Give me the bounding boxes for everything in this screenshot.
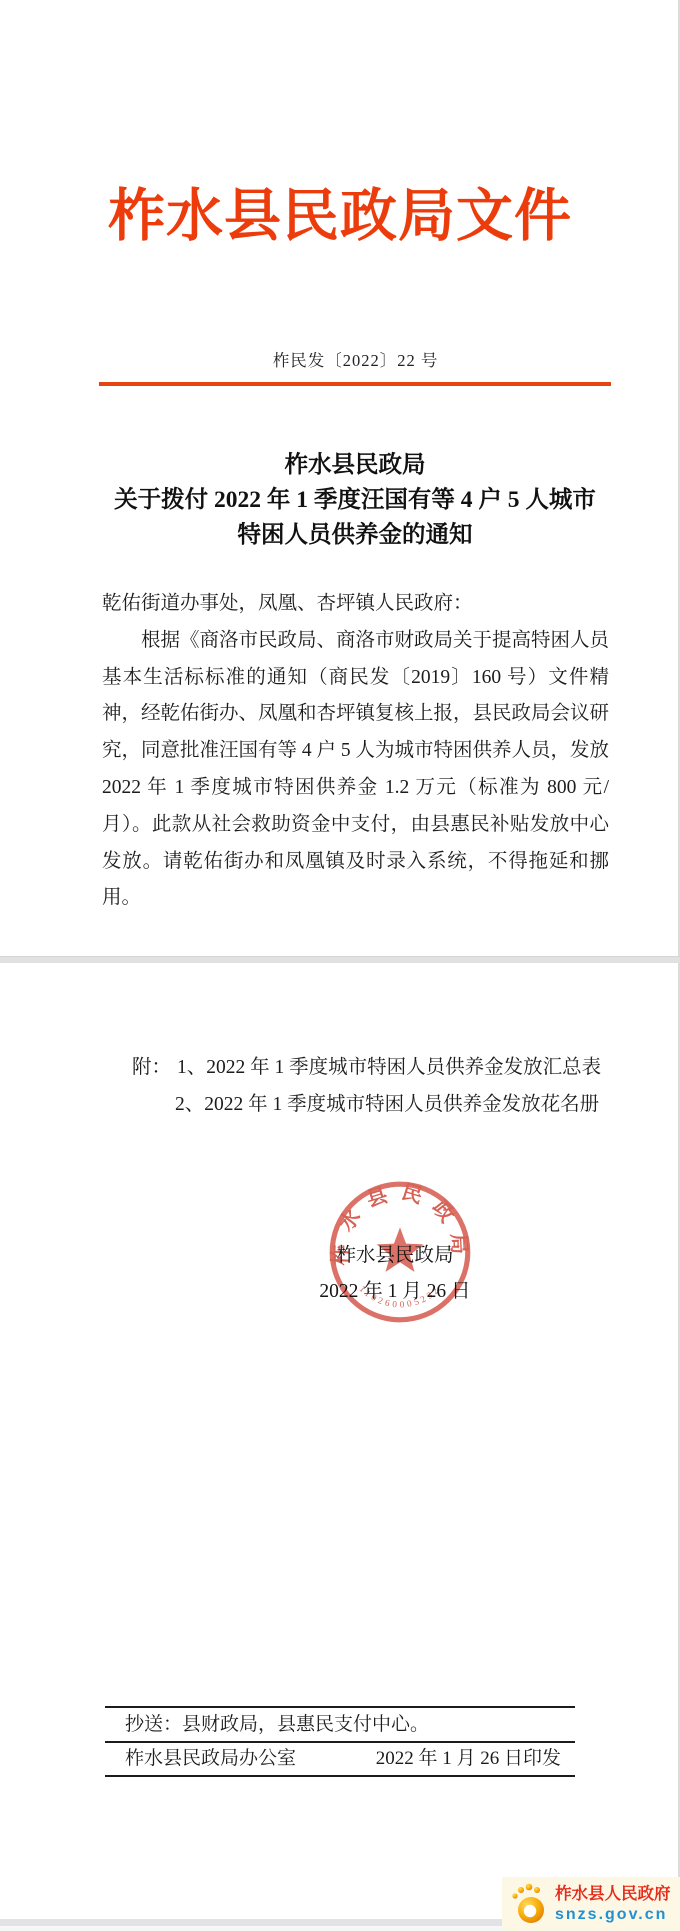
gov-badge-name: 柞水县人民政府 (555, 1883, 671, 1904)
gov-badge-text: 柞水县人民政府 snzs.gov.cn (555, 1883, 671, 1925)
document-title-line2: 关于拨付 2022 年 1 季度汪国有等 4 户 5 人城市 (60, 483, 650, 518)
red-letterhead-title: 柞水县民政局文件 (0, 183, 680, 251)
footprint-logo-icon (510, 1882, 548, 1926)
issuing-office-row: 柞水县民政局办公室 2022 年 1 月 26 日印发 (105, 1743, 575, 1775)
salutation-line: 乾佑街道办事处，凤凰、杏坪镇人民政府： (102, 586, 609, 623)
gov-site-watermark: 柞水县人民政府 snzs.gov.cn (502, 1877, 680, 1931)
red-divider-rule (99, 382, 611, 386)
attachment-item-1: 1、2022 年 1 季度城市特困人员供养金发放汇总表 (177, 1057, 601, 1078)
signature-date: 2022 年 1 月 26 日 (280, 1274, 510, 1310)
doc-number: 柞民发〔2022〕22 号 (102, 347, 609, 371)
attachment-row: 附：1、2022 年 1 季度城市特困人员供养金发放汇总表 (132, 1050, 612, 1087)
attachment-item-2: 2、2022 年 1 季度城市特困人员供养金发放花名册 (175, 1094, 599, 1115)
document-body: 乾佑街道办事处，凤凰、杏坪镇人民政府： 根据《商洛市民政局、商洛市财政局关于提高… (102, 586, 609, 917)
attachments-label: 附： (132, 1057, 171, 1078)
document-title: 柞水县民政局 关于拨付 2022 年 1 季度汪国有等 4 户 5 人城市 特困… (60, 448, 650, 553)
document-title-line1: 柞水县民政局 (60, 448, 650, 483)
pdf-page-separator (0, 956, 680, 963)
gov-badge-url: snzs.gov.cn (555, 1904, 671, 1925)
body-paragraph: 根据《商洛市民政局、商洛市财政局关于提高特困人员基本生活标标准的通知（商民发〔2… (102, 623, 609, 917)
print-date: 2022 年 1 月 26 日印发 (376, 1743, 561, 1775)
document-footer-box: 抄送：县财政局，县惠民支付中心。 柞水县民政局办公室 2022 年 1 月 26… (105, 1706, 575, 1777)
attachment-row: 2、2022 年 1 季度城市特困人员供养金发放花名册 (132, 1087, 612, 1124)
document-title-line3: 特困人员供养金的通知 (60, 518, 650, 553)
cc-line: 抄送：县财政局，县惠民支付中心。 (105, 1708, 575, 1743)
document-page: 柞水县民政局文件 柞民发〔2022〕22 号 柞水县民政局 关于拨付 2022 … (0, 0, 680, 1931)
issuing-office: 柞水县民政局办公室 (125, 1743, 296, 1775)
attachments-block: 附：1、2022 年 1 季度城市特困人员供养金发放汇总表 2、2022 年 1… (132, 1050, 612, 1123)
signature-org: 柞水县民政局 (280, 1238, 510, 1274)
signature-block: 柞水县民政局 2022 年 1 月 26 日 (280, 1238, 510, 1310)
